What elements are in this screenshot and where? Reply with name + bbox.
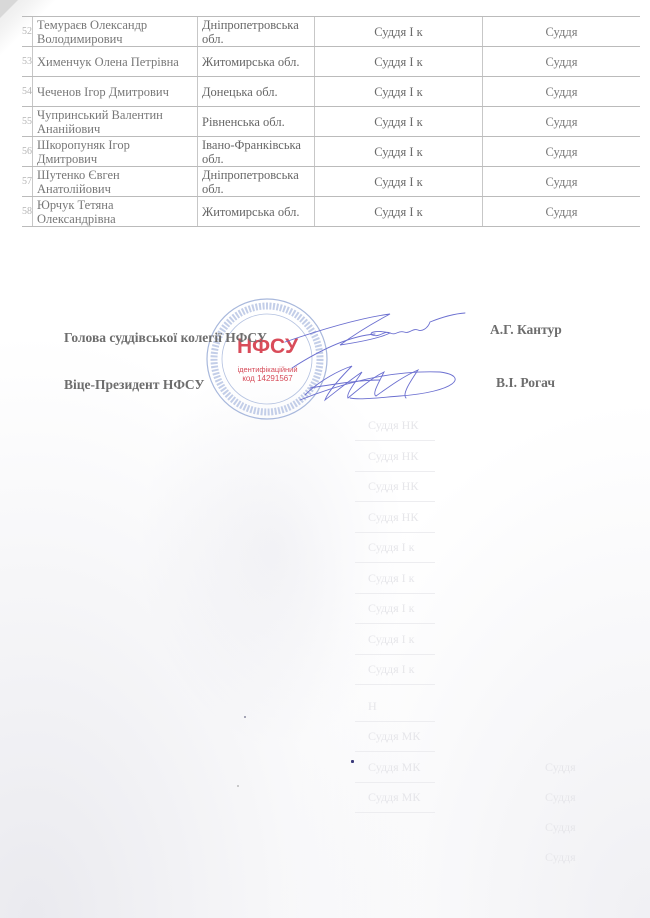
row-number: 56 (22, 137, 33, 167)
scan-speck (244, 716, 246, 718)
bleed-through-text: Суддя (545, 820, 576, 835)
bleed-through-text: Суддя I к (368, 571, 415, 586)
judge-region: Рівненська обл. (198, 107, 315, 137)
bleed-through-text: Суддя НК (368, 479, 418, 494)
judge-region: Донецька обл. (198, 77, 315, 107)
bleed-through-rule (355, 751, 435, 752)
bleed-through-rule (355, 593, 435, 594)
bleed-through-rule (355, 471, 435, 472)
judge-category: Суддя I к (315, 137, 483, 167)
judges-table: 52Темураєв Олександр ВолодимировичДніпро… (22, 16, 640, 227)
judge-position: Суддя (483, 17, 641, 47)
judge-region: Житомирська обл. (198, 47, 315, 77)
judge-name: Юрчук Тетяна Олександрівна (33, 197, 198, 227)
scan-speck (237, 785, 239, 787)
table-row: 53Хименчук Олена ПетрівнаЖитомирська обл… (22, 47, 640, 77)
judge-category: Суддя I к (315, 47, 483, 77)
bleed-through-text: Суддя I к (368, 601, 415, 616)
bleed-through-text: Суддя МК (368, 760, 420, 775)
judge-category: Суддя I к (315, 167, 483, 197)
judge-name: Хименчук Олена Петрівна (33, 47, 198, 77)
judge-region: Дніпропетровська обл. (198, 167, 315, 197)
bleed-through-text: Суддя I к (368, 632, 415, 647)
judge-position: Суддя (483, 167, 641, 197)
bleed-through-rule (355, 721, 435, 722)
bleed-through-text: Суддя НК (368, 418, 418, 433)
judge-region: Дніпропетровська обл. (198, 17, 315, 47)
page-corner-fold (0, 0, 18, 18)
bleed-through-text: Суддя НК (368, 449, 418, 464)
bleed-through-rule (355, 812, 435, 813)
bleed-through-text: Суддя I к (368, 540, 415, 555)
bleed-through-text: Суддя (545, 850, 576, 865)
judge-name: Чупринський Валентин Ананійович (33, 107, 198, 137)
judge-position: Суддя (483, 77, 641, 107)
table-row: 57Шутенко Євген АнатолійовичДніпропетров… (22, 167, 640, 197)
judge-region: Івано-Франківська обл. (198, 137, 315, 167)
bleed-through-text: Суддя (545, 790, 576, 805)
row-number: 54 (22, 77, 33, 107)
judge-position: Суддя (483, 107, 641, 137)
bleed-through-text: Н (368, 699, 377, 714)
official-stamp: НФСУ ідентифікаційний код 14291567 (205, 295, 330, 425)
bleed-through-rule (355, 501, 435, 502)
judge-position: Суддя (483, 197, 641, 227)
table-row: 55Чупринський Валентин АнанійовичРівненс… (22, 107, 640, 137)
row-number: 53 (22, 47, 33, 77)
bleed-through-rule (355, 440, 435, 441)
head-title: Голова суддівської колегії НФСУ (64, 330, 267, 346)
bleed-through-rule (355, 532, 435, 533)
table-row: 58Юрчук Тетяна ОлександрівнаЖитомирська … (22, 197, 640, 227)
vp-title: Віце-Президент НФСУ (64, 377, 204, 393)
bleed-through-rule (355, 684, 435, 685)
judge-name: Шкоропуняк Ігор Дмитрович (33, 137, 198, 167)
bleed-through-rule (355, 654, 435, 655)
bleed-through-text: Суддя МК (368, 790, 420, 805)
judge-category: Суддя I к (315, 197, 483, 227)
head-name: А.Г. Кантур (490, 322, 562, 338)
row-number: 55 (22, 107, 33, 137)
judge-region: Житомирська обл. (198, 197, 315, 227)
vp-name: В.І. Рогач (496, 375, 555, 391)
bleed-through-text: Суддя (545, 760, 576, 775)
bleed-through-text: Суддя НК (368, 510, 418, 525)
table-row: 54Чеченов Ігор ДмитровичДонецька обл.Суд… (22, 77, 640, 107)
table-row: 56Шкоропуняк Ігор ДмитровичІвано-Франків… (22, 137, 640, 167)
bleed-through-text: Суддя МК (368, 729, 420, 744)
stamp-code: код 14291567 (205, 374, 330, 383)
judge-position: Суддя (483, 47, 641, 77)
row-number: 57 (22, 167, 33, 197)
row-number: 58 (22, 197, 33, 227)
judge-name: Шутенко Євген Анатолійович (33, 167, 198, 197)
table-row: 52Темураєв Олександр ВолодимировичДніпро… (22, 17, 640, 47)
bleed-through-rule (355, 623, 435, 624)
judge-name: Темураєв Олександр Володимирович (33, 17, 198, 47)
bleed-through-text: Суддя I к (368, 662, 415, 677)
judge-category: Суддя I к (315, 77, 483, 107)
stamp-ring-icon (205, 295, 330, 425)
bleed-through-rule (355, 562, 435, 563)
stamp-id-label: ідентифікаційний (205, 365, 330, 374)
row-number: 52 (22, 17, 33, 47)
judge-position: Суддя (483, 137, 641, 167)
judge-category: Суддя I к (315, 17, 483, 47)
scan-speck (351, 760, 354, 763)
bleed-through-rule (355, 782, 435, 783)
judge-name: Чеченов Ігор Дмитрович (33, 77, 198, 107)
judge-category: Суддя I к (315, 107, 483, 137)
